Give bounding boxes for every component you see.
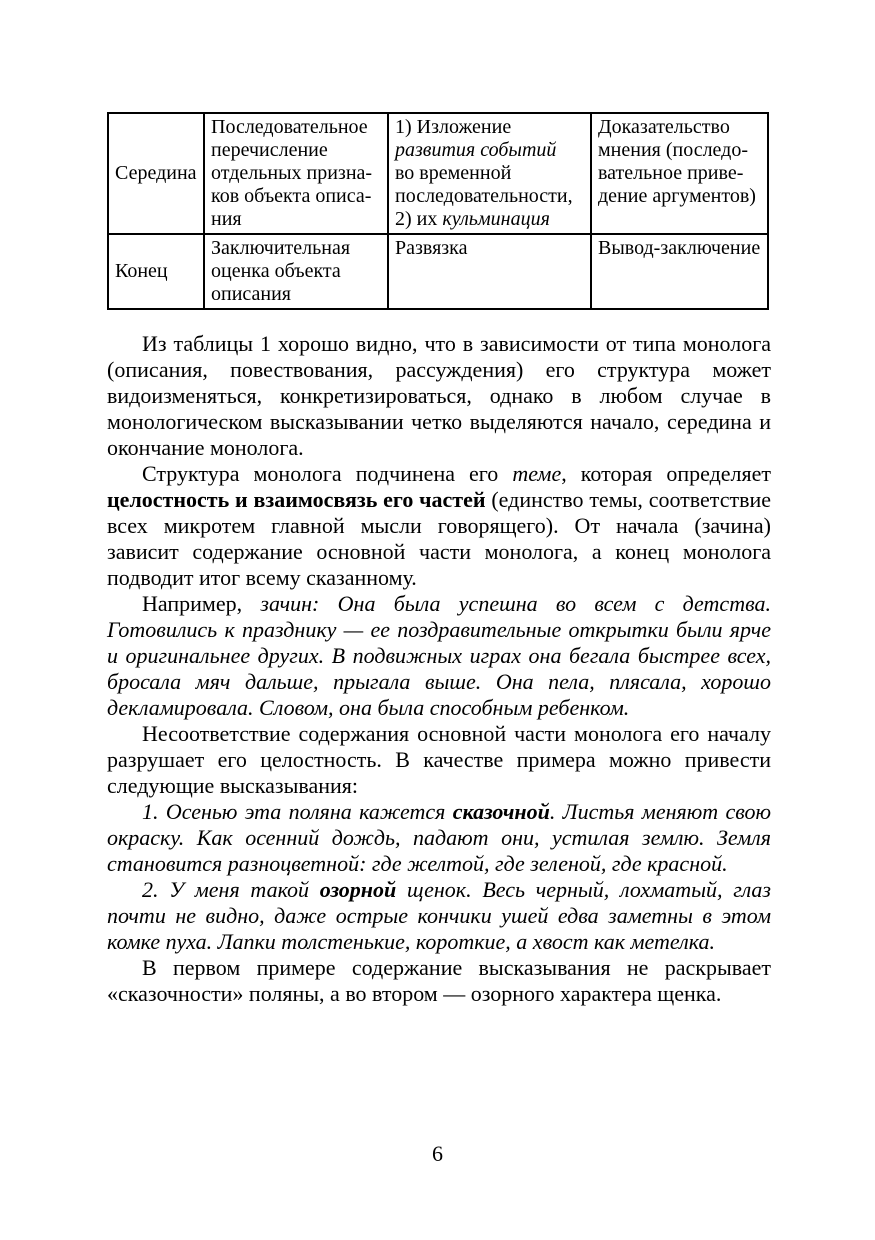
table-cell-middle-label: Середина [108,113,204,234]
table-row-end: Конец Заключительная оценка объекта опис… [108,234,768,309]
body-text: Из таблицы 1 хорошо видно, что в зависим… [107,331,771,1007]
paragraph-table-conclusion: Из таблицы 1 хорошо видно, что в зависим… [107,331,771,461]
table-row-middle: Середина Последовательное перечисление о… [108,113,768,234]
table-cell-middle-reasoning: Доказательство мнения (последо- вательно… [591,113,768,234]
table-cell-end-narration: Развязка [388,234,591,309]
paragraph-examples-conclusion: В первом примере содержание высказывания… [107,955,771,1007]
paragraph-example-zachin: Например, зачин: Она была успешна во все… [107,591,771,721]
document-page: Середина Последовательное перечисление о… [0,0,875,1240]
table-cell-middle-description: Последовательное перечисление отдельных … [204,113,388,234]
paragraph-structure-theme: Структура монолога подчинена его теме, к… [107,461,771,591]
table-cell-end-reasoning: Вывод-заключение [591,234,768,309]
paragraph-example-1: 1. Осенью эта поляна кажется сказочной. … [107,799,771,877]
paragraph-mismatch-intro: Несоответствие содержания основной части… [107,721,771,799]
table-cell-middle-narration: 1) Изложение развития событий во временн… [388,113,591,234]
paragraph-example-2: 2. У меня такой озорной щенок. Весь черн… [107,877,771,955]
page-number: 6 [0,1141,875,1167]
table-cell-end-label: Конец [108,234,204,309]
monologue-structure-table: Середина Последовательное перечисление о… [107,112,769,310]
table-cell-end-description: Заключительная оценка объекта описания [204,234,388,309]
